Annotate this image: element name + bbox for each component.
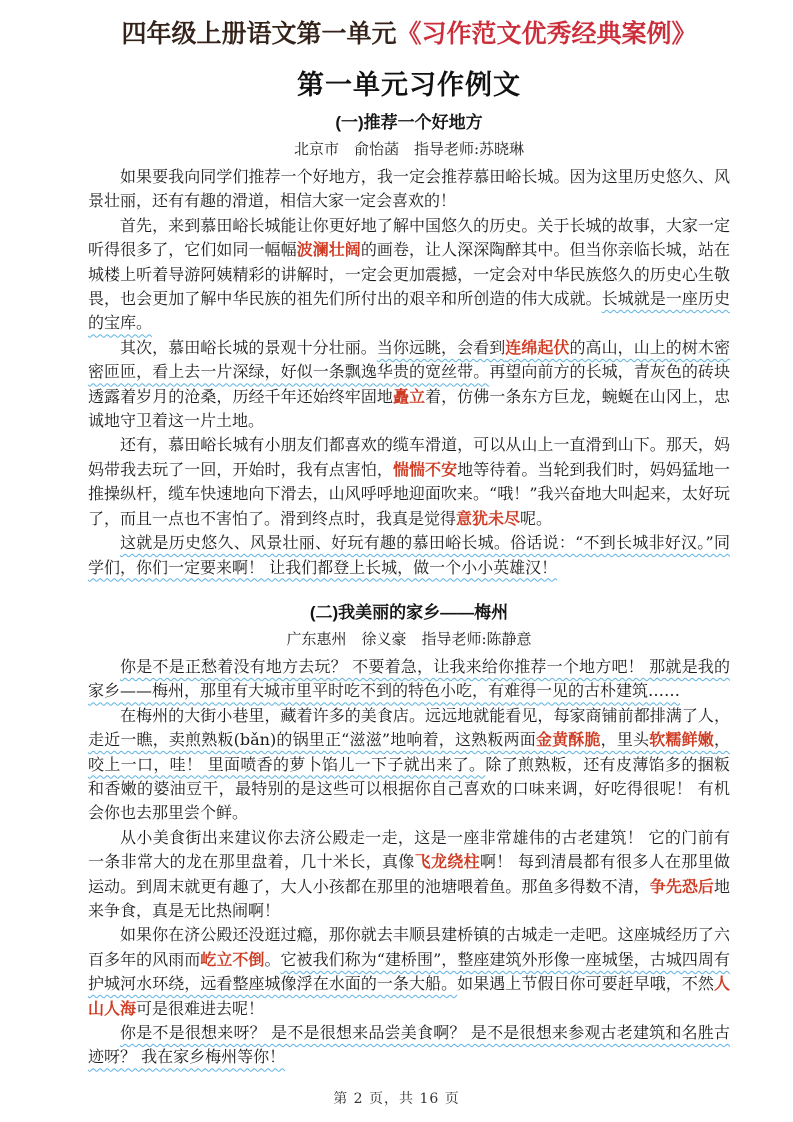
text-run: 其次，慕田峪长城的景观十分壮丽。 <box>120 338 377 357</box>
essay-paragraph: 首先，来到慕田峪长城能让你更好地了解中国悠久的历史。关于长城的故事，大家一定听得… <box>88 214 730 336</box>
essay-paragraph: 其次，慕田峪长城的景观十分壮丽。当你远眺，会看到连绵起伏的高山，山上的树木密密匝… <box>88 336 730 434</box>
essay-byline: 北京市 俞怡菡 指导老师:苏晓琳 <box>88 139 730 159</box>
underlined-sentence: 你是不是正愁着没有地方去玩？ 不要着急，让我来给你推荐一个地方吧！ 那就是我的家… <box>88 657 730 700</box>
essay-paragraph: 如果你在济公殿还没逛过瘾，那你就去丰顺县建桥镇的古城走一走吧。这座城经历了六百多… <box>88 923 730 1021</box>
essay: (一)推荐一个好地方北京市 俞怡菡 指导老师:苏晓琳如果要我向同学们推荐一个好地… <box>88 112 730 580</box>
highlighted-phrase: 软糯鲜嫩 <box>649 730 714 749</box>
essay-paragraph: 你是不是很想来呀？ 是不是很想来品尝美食啊？ 是不是很想来参观古老建筑和名胜古迹… <box>88 1021 730 1070</box>
highlighted-phrase: 屹立不倒 <box>200 950 264 969</box>
essay-byline: 广东惠州 徐义豪 指导老师:陈静意 <box>88 629 730 649</box>
text-run: 如果要我向同学们推荐一个好地方，我一定会推荐慕田峪长城。因为这里历史悠久、风景壮… <box>88 167 730 210</box>
essay-title: (一)推荐一个好地方 <box>88 112 730 134</box>
essay-paragraph: 还有，慕田峪长城有小朋友们都喜欢的缆车滑道，可以从山上一直滑到山下。那天，妈妈带… <box>88 433 730 531</box>
text-run: 在梅州的大街小巷里，藏着许多的美食店。远远地就能看见，每家商铺前都排满了人， <box>120 706 730 725</box>
underlined-sentence: ，里头 <box>601 730 650 749</box>
highlighted-phrase: 飞龙绕柱 <box>415 852 480 871</box>
document-title-prefix: 四年级上册语文第一单元 <box>121 20 396 48</box>
essay: (二)我美丽的家乡——梅州广东惠州 徐义豪 指导老师:陈静意你是不是正愁着没有地… <box>88 602 730 1070</box>
underlined-sentence: 当你远眺，会看到 <box>377 338 505 357</box>
essay-paragraph: 在梅州的大街小巷里，藏着许多的美食店。远远地就能看见，每家商铺前都排满了人，走近… <box>88 704 730 826</box>
highlighted-phrase: 连绵起伏 <box>505 338 569 357</box>
document-page: 四年级上册语文第一单元《习作范文优秀经典案例》 第一单元习作例文 (一)推荐一个… <box>0 0 793 1122</box>
text-run: 呢。 <box>520 509 552 528</box>
highlighted-phrase: 惴惴不安 <box>393 460 457 479</box>
highlighted-phrase: 矗立 <box>393 387 425 406</box>
underlined-sentence: 走近一瞧，卖煎熟粄(bǎn)的锅里正“滋滋”地响着，这熟粄两面 <box>88 730 536 749</box>
underlined-sentence: 你是不是很想来呀？ 是不是很想来品尝美食啊？ 是不是很想来参观古老建筑和名胜古迹… <box>88 1023 730 1066</box>
text-run: 如果遇上节假日你可要赶早哦，不然 <box>457 974 714 993</box>
document-title-highlight: 《习作范文优秀经典案例》 <box>397 20 697 48</box>
essay-paragraph: 这就是历史悠久、风景壮丽、好玩有趣的慕田峪长城。俗话说：“不到长城非好汉。”同学… <box>88 531 730 580</box>
page-footer: 第 2 页，共 16 页 <box>0 1088 793 1108</box>
document-title: 四年级上册语文第一单元《习作范文优秀经典案例》 <box>88 18 730 50</box>
text-run: 。 <box>264 950 280 969</box>
essay-title: (二)我美丽的家乡——梅州 <box>88 602 730 624</box>
essay-paragraph: 从小美食街出来建议你去济公殿走一走，这是一座非常雄伟的古老建筑！ 它的门前有一条… <box>88 826 730 924</box>
underlined-sentence: 这就是历史悠久、风景壮丽、好玩有趣的慕田峪长城。俗话说：“不到长城非好汉。”同学… <box>88 533 730 576</box>
highlighted-phrase: 金黄酥脆 <box>536 730 601 749</box>
unit-heading: 第一单元习作例文 <box>88 68 730 104</box>
highlighted-phrase: 争先恐后 <box>650 877 714 896</box>
text-run: 可是很难进去呢！ <box>136 999 264 1018</box>
essay-paragraph: 你是不是正愁着没有地方去玩？ 不要着急，让我来给你推荐一个地方吧！ 那就是我的家… <box>88 655 730 704</box>
essays-container: (一)推荐一个好地方北京市 俞怡菡 指导老师:苏晓琳如果要我向同学们推荐一个好地… <box>88 112 730 1070</box>
essay-paragraph: 如果要我向同学们推荐一个好地方，我一定会推荐慕田峪长城。因为这里历史悠久、风景壮… <box>88 165 730 214</box>
highlighted-phrase: 意犹未尽 <box>456 509 520 528</box>
highlighted-phrase: 波澜壮阔 <box>297 240 361 259</box>
